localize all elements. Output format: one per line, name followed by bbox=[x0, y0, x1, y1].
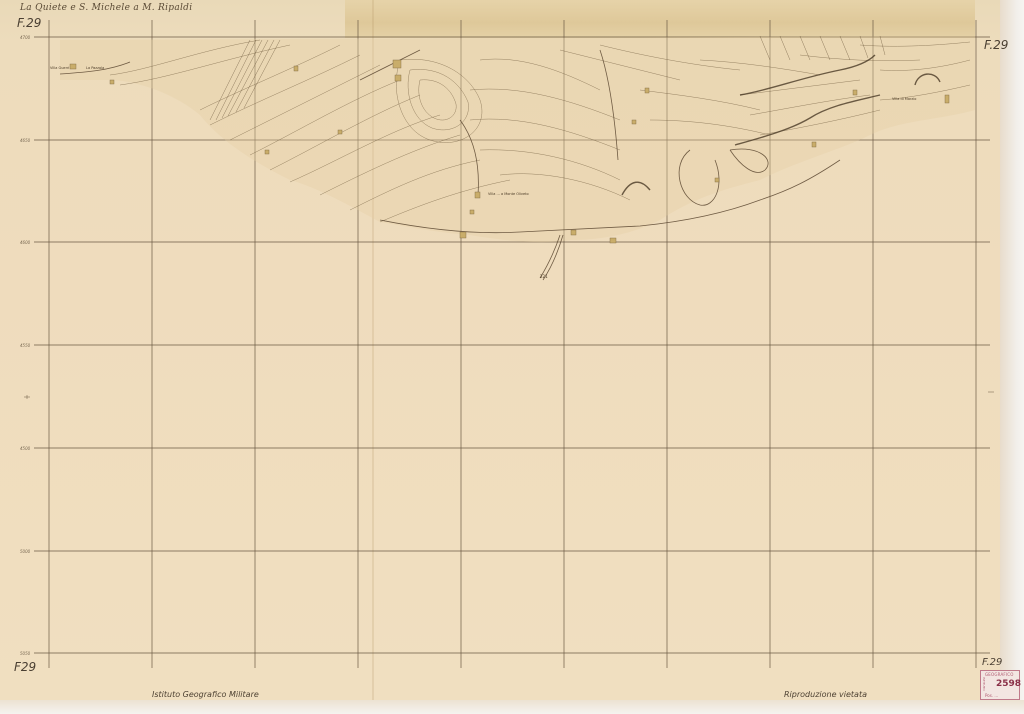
sheet-title: La Quiete e S. Michele a M. Ripaldi bbox=[20, 3, 192, 13]
topographic-map-drawing bbox=[0, 0, 1024, 714]
margin-ticks bbox=[24, 392, 994, 399]
sheet-code-top-right: F.29 bbox=[984, 38, 1008, 52]
sheet-code-bottom-left: F29 bbox=[14, 660, 36, 674]
sheet-code-top-left: F.29 bbox=[17, 16, 41, 30]
place-label: Villa Guerri bbox=[50, 66, 69, 70]
stamp-header: GEOGRAFICO bbox=[985, 672, 1014, 677]
stamp-footer: Pos. ... bbox=[985, 693, 998, 698]
place-label: La Pazzola bbox=[86, 66, 104, 70]
grid-label-left: 5050 bbox=[20, 651, 30, 656]
reproduction-notice: Riproduzione vietata bbox=[784, 690, 867, 699]
spot-height-label: 221 bbox=[540, 274, 548, 279]
grid-label-left: 5000 bbox=[20, 549, 30, 554]
stamp-number: 2598 bbox=[996, 679, 1021, 689]
grid-label-left: 4700 bbox=[20, 35, 30, 40]
archive-stamp: GEOGRAFICO ISTITUTO 2598 Pos. ... bbox=[980, 670, 1020, 700]
grid-label-left: 4550 bbox=[20, 343, 30, 348]
place-label: Villa ... a Monte Oliveto bbox=[488, 192, 529, 196]
sheet-code-bottom-right: F.29 bbox=[982, 657, 1002, 668]
grid-label-left: 4500 bbox=[20, 446, 30, 451]
place-label: Villa di Marzio bbox=[892, 97, 916, 101]
stamp-side-text: ISTITUTO bbox=[982, 677, 986, 691]
publisher-label: Istituto Geografico Militare bbox=[152, 690, 259, 699]
grid-label-left: 4600 bbox=[20, 240, 30, 245]
grid-label-left: 4650 bbox=[20, 138, 30, 143]
